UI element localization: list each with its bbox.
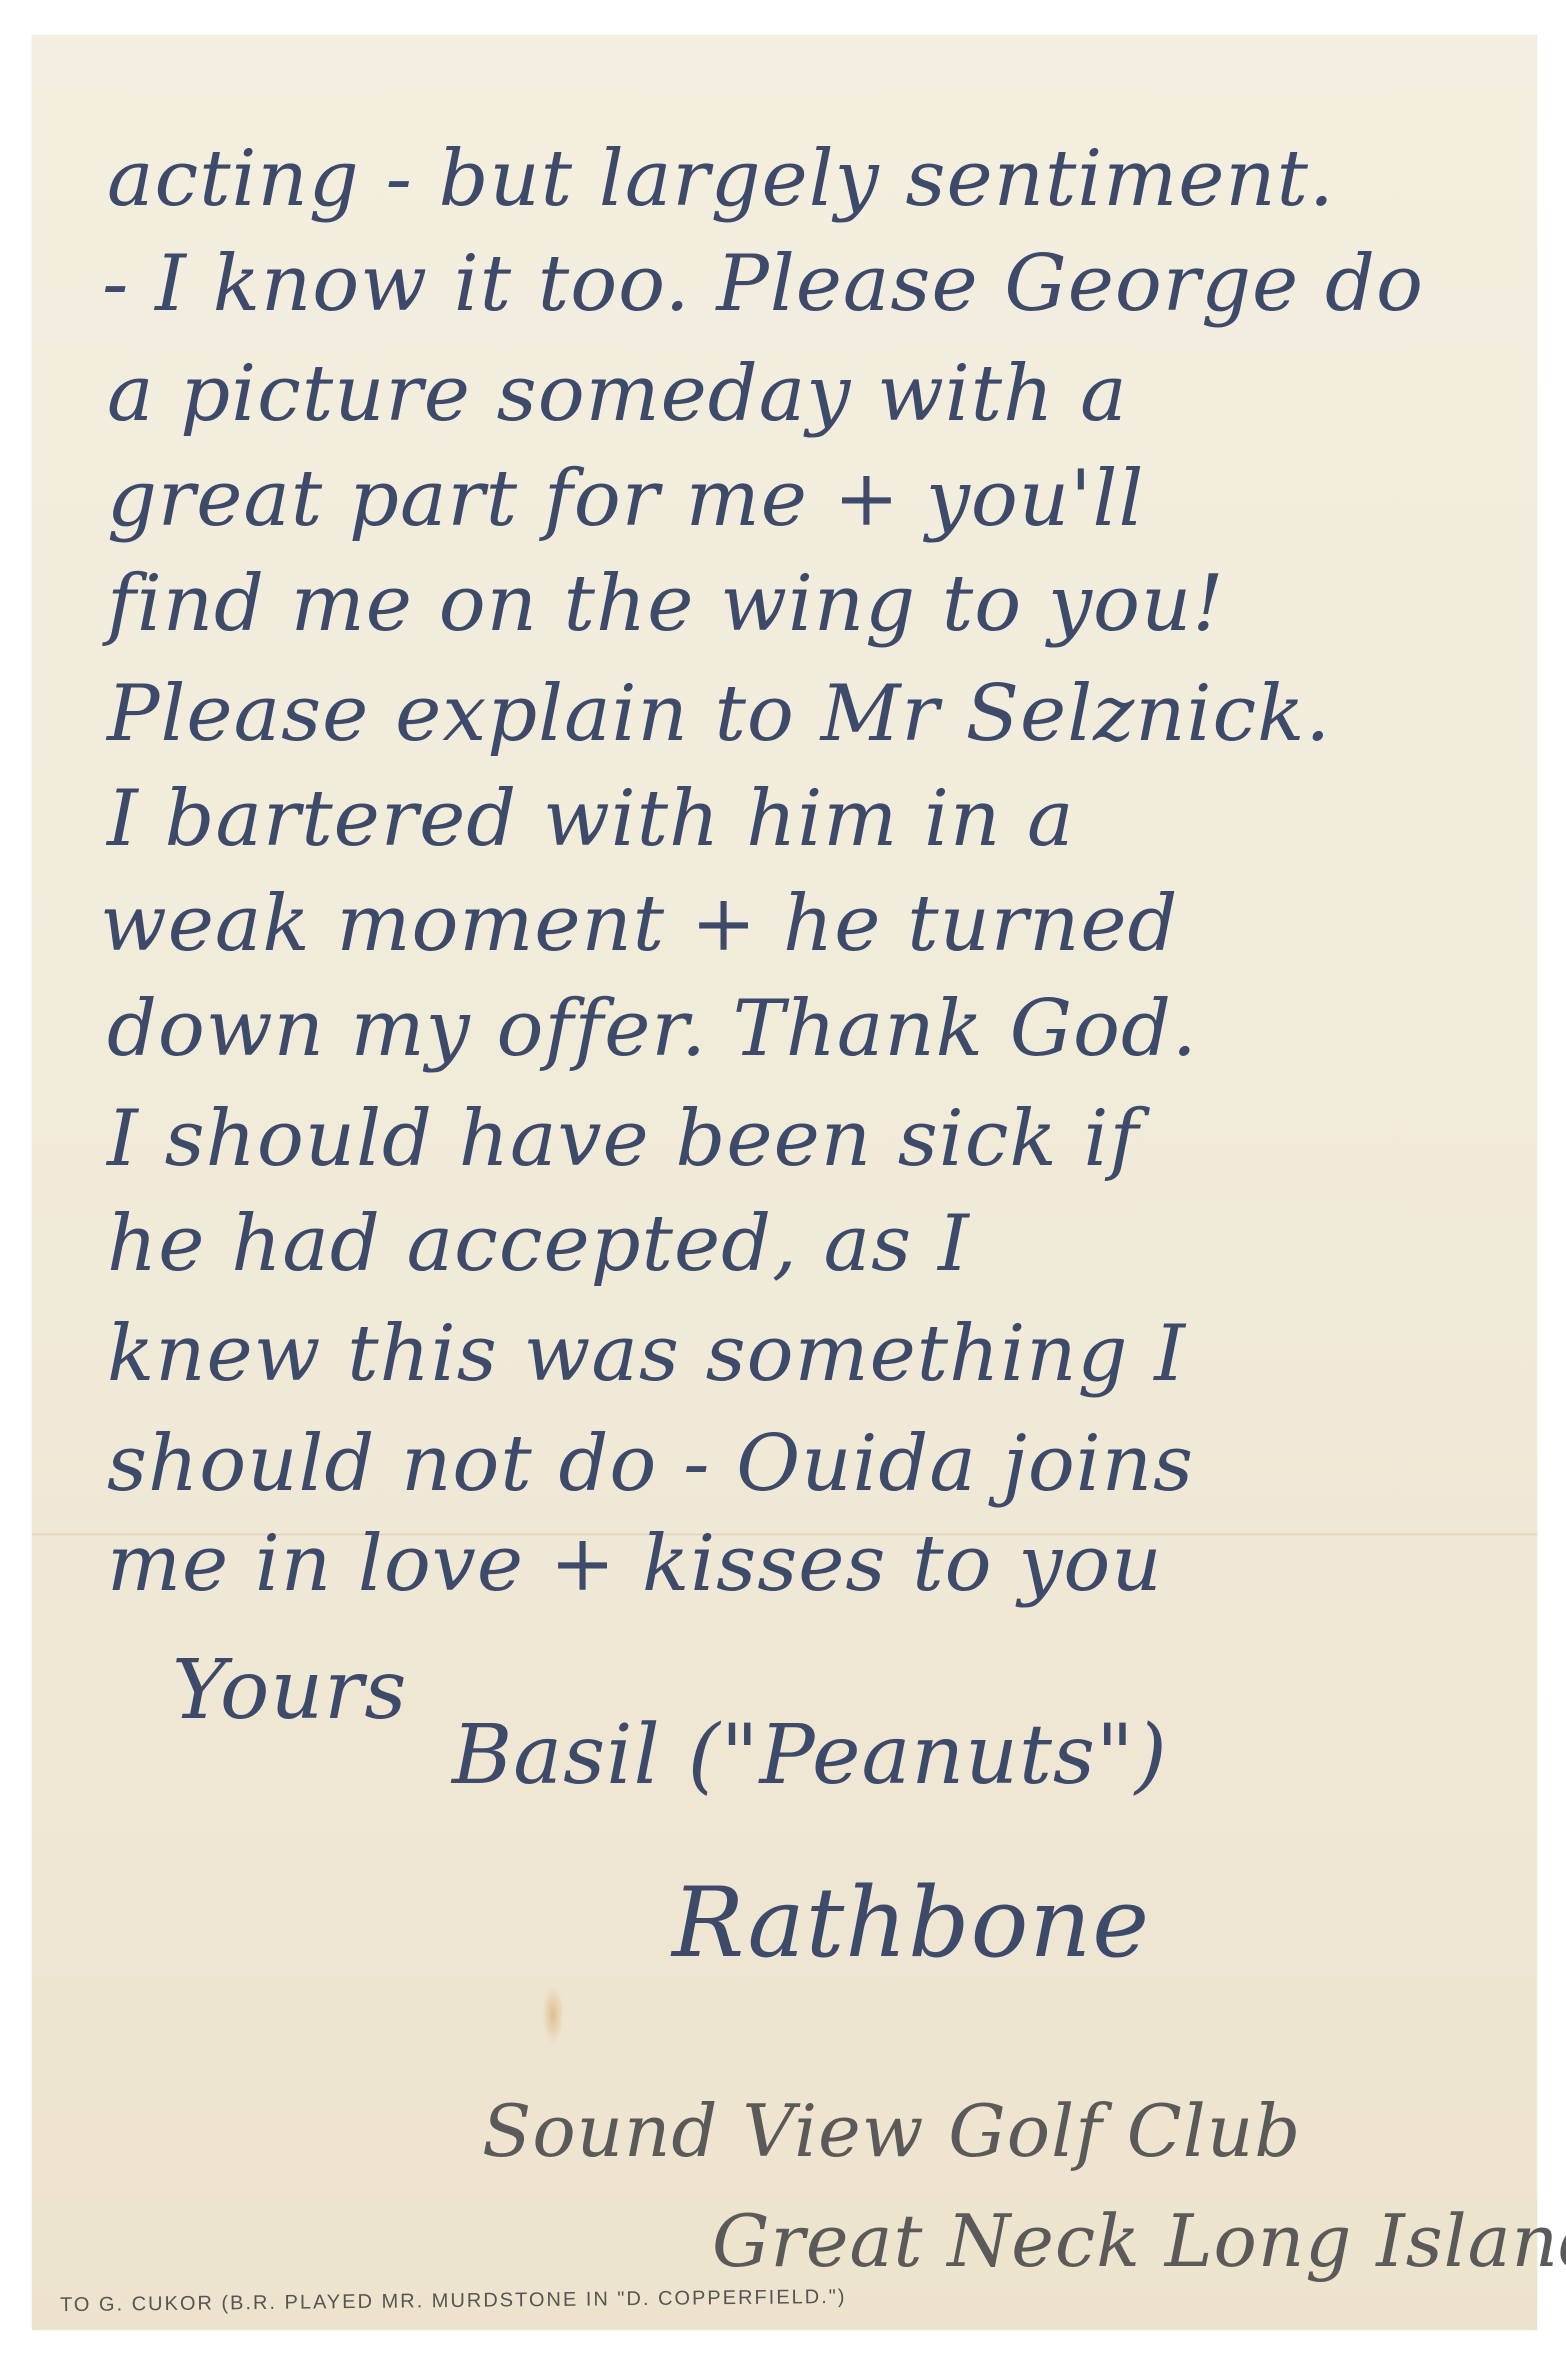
- letter-line-14: me in love + kisses to you: [107, 1525, 1163, 1603]
- letter-line-8: weak moment + he turned: [100, 885, 1178, 963]
- address-line-1: Sound View Golf Club: [482, 2095, 1301, 2167]
- letter-line-7: I bartered with him in a: [107, 780, 1075, 858]
- letter-line-6: Please explain to Mr Selznick.: [107, 675, 1331, 753]
- letter-line-1: acting - but largely sentiment.: [107, 140, 1335, 218]
- letter-line-3: a picture someday with a: [107, 355, 1128, 433]
- signature-last-name: Rathbone: [672, 1875, 1150, 1971]
- foxing-stain: [542, 1985, 564, 2045]
- letter-page: acting - but largely sentiment. - I know…: [32, 35, 1537, 2330]
- letter-line-5: find me on the wing to you!: [107, 565, 1225, 643]
- letter-line-4: great part for me + you'll: [107, 460, 1144, 538]
- letter-line-11: he had accepted, as I: [107, 1205, 970, 1283]
- letter-line-9: down my offer. Thank God.: [107, 990, 1198, 1068]
- address-line-2: Great Neck Long Island: [712, 2205, 1566, 2277]
- letter-line-10: I should have been sick if: [107, 1100, 1139, 1178]
- signature-first-name: Basil ("Peanuts"): [452, 1715, 1168, 1797]
- letter-line-12: knew this was something I: [107, 1315, 1186, 1393]
- letter-line-13: should not do - Ouida joins: [107, 1425, 1194, 1503]
- valediction: Yours: [172, 1650, 407, 1732]
- letter-line-2: - I know it too. Please George do: [102, 245, 1424, 323]
